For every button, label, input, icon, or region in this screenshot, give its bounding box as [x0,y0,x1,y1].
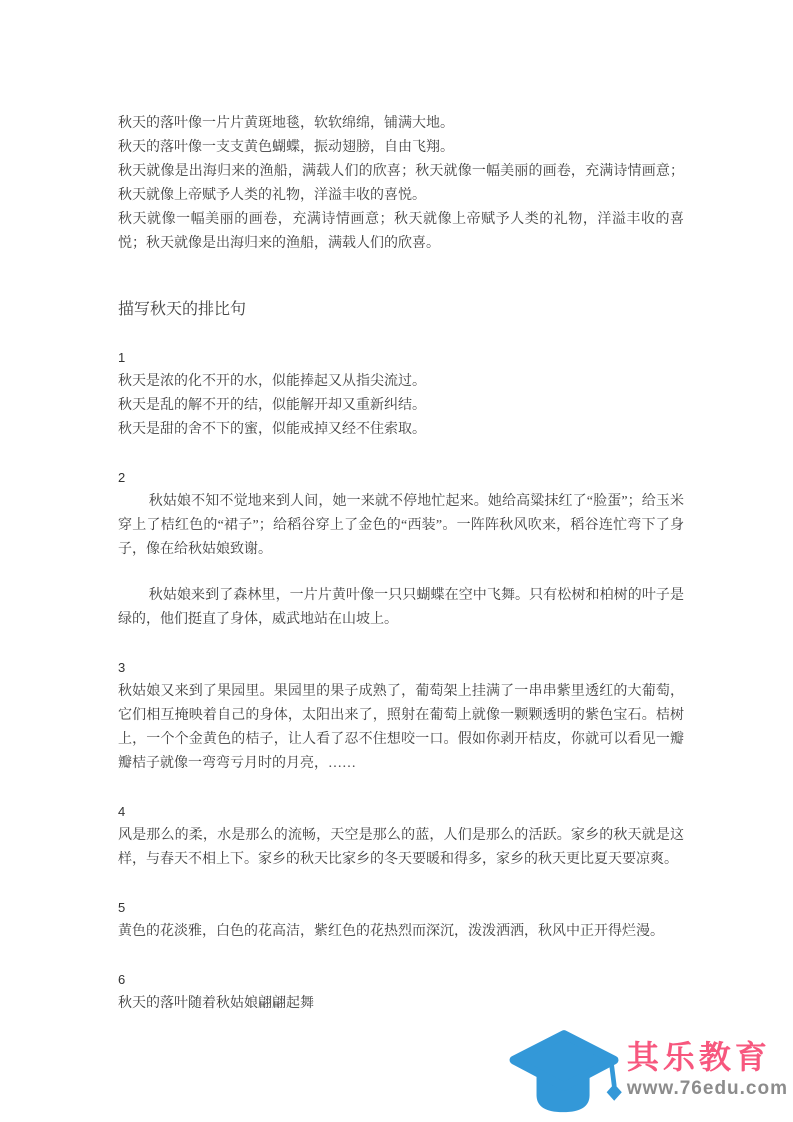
cap-tassel-cord [611,1063,614,1086]
section-paragraph: 黄色的花淡雅，白色的花高洁，紫红色的花热烈而深沉，泼泼洒洒，秋风中正开得烂漫。 [118,920,684,944]
document-page: { "document": { "intro": [ "秋天的落叶像一片片黄斑地… [0,0,793,1122]
numbered-section-6: 6 秋天的落叶随着秋姑娘翩翩起舞 [118,968,684,1016]
cap-board-shape [514,1034,614,1086]
section-number: 3 [118,656,684,680]
section-paragraph: 秋天是甜的舍不下的蜜，似能戒掉又经不住索取。 [118,418,684,442]
brand-name: 其乐教育 [627,1040,771,1075]
site-url[interactable]: www.76edu.com [627,1078,788,1100]
document-heading: 描写秋天的排比句 [118,298,684,322]
section-paragraph: 秋姑娘又来到了果园里。果园里的果子成熟了，葡萄架上挂满了一串串紫里透红的大葡萄，… [118,680,684,776]
section-number: 2 [118,466,684,490]
section-paragraph: 秋天是乱的解不开的结，似能解开却又重新纠结。 [118,394,684,418]
numbered-section-4: 4 风是那么的柔，水是那么的流畅，天空是那么的蓝，人们是那么的活跃。家乡的秋天就… [118,800,684,872]
logo-text-block: 其乐教育 www.76edu.com [627,1040,788,1099]
numbered-section-1: 1 秋天是浓的化不开的水，似能捧起又从指尖流过。 秋天是乱的解不开的结，似能解开… [118,346,684,442]
site-logo[interactable]: 其乐教育 www.76edu.com [505,1025,788,1115]
numbered-section-3: 3 秋姑娘又来到了果园里。果园里的果子成熟了，葡萄架上挂满了一串串紫里透红的大葡… [118,656,684,776]
cap-tassel-tip [606,1084,621,1101]
section-paragraph: 秋天的落叶随着秋姑娘翩翩起舞 [118,992,684,1016]
section-paragraph: 秋天是浓的化不开的水，似能捧起又从指尖流过。 [118,370,684,394]
section-number: 4 [118,800,684,824]
numbered-section-5: 5 黄色的花淡雅，白色的花高洁，紫红色的花热烈而深沉，泼泼洒洒，秋风中正开得烂漫… [118,896,684,944]
graduation-cap-icon [505,1025,623,1115]
intro-line: 秋天的落叶像一支支黄色蝴蝶，振动翅膀，自由飞翔。 [118,136,684,160]
section-number: 5 [118,896,684,920]
intro-line: 秋天就像是出海归来的渔船，满载人们的欣喜；秋天就像一幅美丽的画卷，充满诗情画意；… [118,160,684,208]
section-paragraph: 秋姑娘不知不觉地来到人间，她一来就不停地忙起来。她给高粱抹红了“脸蛋”；给玉米穿… [118,490,684,562]
intro-line: 秋天就像一幅美丽的画卷，充满诗情画意；秋天就像上帝赋予人类的礼物，洋溢丰收的喜悦… [118,208,684,256]
intro-line: 秋天的落叶像一片片黄斑地毯，软软绵绵，铺满大地。 [118,112,684,136]
numbered-section-2: 2 秋姑娘不知不觉地来到人间，她一来就不停地忙起来。她给高粱抹红了“脸蛋”；给玉… [118,466,684,632]
section-paragraph: 秋姑娘来到了森林里，一片片黄叶像一只只蝴蝶在空中飞舞。只有松树和柏树的叶子是绿的… [118,584,684,632]
section-number: 6 [118,968,684,992]
section-number: 1 [118,346,684,370]
section-paragraph: 风是那么的柔，水是那么的流畅，天空是那么的蓝，人们是那么的活跃。家乡的秋天就是这… [118,824,684,872]
document-body: 秋天的落叶像一片片黄斑地毯，软软绵绵，铺满大地。 秋天的落叶像一支支黄色蝴蝶，振… [118,112,684,1016]
